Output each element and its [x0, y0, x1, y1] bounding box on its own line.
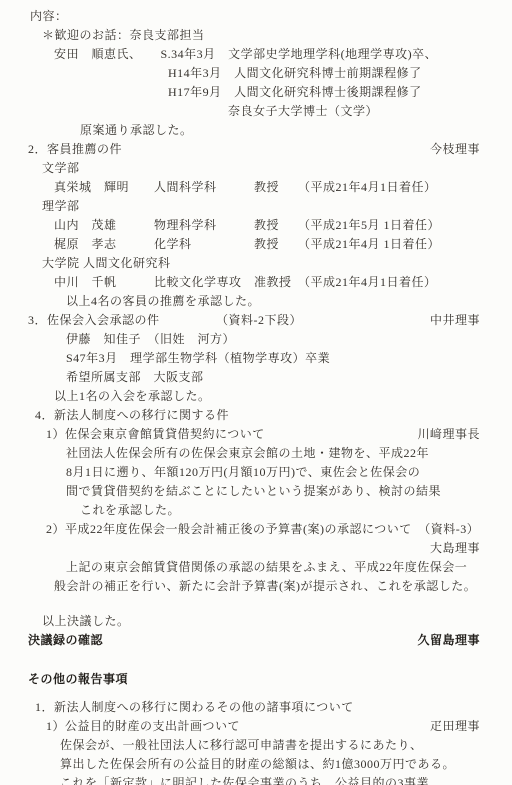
document-line: 8月1日に遡り、年額120万円(月額10万円)で、東佐会と佐保会の — [0, 463, 512, 482]
line-text: 1．新法人制度への移行に関わるその他の諸事項について — [35, 698, 354, 717]
line-text: ＊歓迎のお話：奈良支部担当 — [42, 26, 205, 45]
document-line: 伊藤 知佳子 （旧姓 河方） — [0, 330, 512, 349]
document-line: 算出した佐保会所有の公益目的財産の総額は、約1億3000万円である。 — [0, 755, 512, 774]
line-text: 大学院 人間文化研究科 — [42, 254, 171, 273]
document-lines: 内容： ＊歓迎のお話：奈良支部担当 安田 順恵氏、 S.34年3月 文学部史学地… — [0, 7, 512, 785]
line-text: 以上決議した。 — [42, 612, 130, 631]
line-text: その他の報告事項 — [28, 670, 128, 689]
line-text: 3．佐保会入会承認の件 （資料-2下段） — [28, 311, 302, 330]
document-line: 大島理事 — [0, 539, 512, 558]
document-line: 社団法人佐保会所有の佐保会東京会館の土地・建物を、平成22年 — [0, 444, 512, 463]
line-text: これを承認した。 — [80, 501, 180, 520]
document-line: 2）平成22年度佐保会一般会計補正後の予算書(案)の承認について （資料-3） — [0, 520, 512, 539]
line-text: 山内 茂雄 物理科学科 教授 （平成21年5月 1日着任） — [54, 216, 440, 235]
line-text: 4．新法人制度への移行に関する件 — [35, 406, 229, 425]
document-line: 大学院 人間文化研究科 — [0, 254, 512, 273]
line-text: 決議録の確認 — [28, 631, 103, 650]
document-line: これを「新定款」に明記した佐保会事業のうち、公益目的の3事業 — [0, 774, 512, 785]
line-text: 伊藤 知佳子 （旧姓 河方） — [66, 330, 235, 349]
document-line: 原案通り承認した。 — [0, 121, 512, 140]
attendee-name: 川﨑理事長 — [417, 425, 512, 444]
line-text: 内容： — [30, 7, 68, 26]
line-text: 2）平成22年度佐保会一般会計補正後の予算書(案)の承認について （資料-3） — [46, 520, 479, 539]
document-line: 内容： — [0, 7, 512, 26]
line-text: 原案通り承認した。 — [80, 121, 193, 140]
attendee-name: 今枝理事 — [430, 140, 512, 159]
line-text: 般会計の補正を行い、新たに会計予算書(案)が提示され、これを承認した。 — [54, 577, 476, 596]
line-text: 佐保会が、一般社団法人に移行認可申請書を提出するにあたり、 — [60, 736, 423, 755]
document-line: 以上決議した。 — [0, 612, 512, 631]
document-line: ＊歓迎のお話：奈良支部担当 — [0, 26, 512, 45]
document-line: 1．新法人制度への移行に関わるその他の諸事項について — [0, 698, 512, 717]
document-line: 上記の東京会館賃貸借関係の承認の結果をふまえ、平成22年度佐保会一 — [0, 558, 512, 577]
line-text: 以上1名の入会を承認した。 — [54, 387, 211, 406]
line-text: 社団法人佐保会所有の佐保会東京会館の土地・建物を、平成22年 — [66, 444, 429, 463]
line-text: 上記の東京会館賃貸借関係の承認の結果をふまえ、平成22年度佐保会一 — [66, 558, 467, 577]
line-text: 真栄城 輝明 人間科学科 教授 （平成21年4月1日着任） — [54, 178, 437, 197]
document-line: H17年9月 人間文化研究科博士後期課程修了 — [0, 83, 512, 102]
document-line: 4．新法人制度への移行に関する件 — [0, 406, 512, 425]
document-line: 希望所属支部 大阪支部 — [0, 368, 512, 387]
document-line: 1）公益目的財産の支出計画ついて 疋田理事 — [0, 717, 512, 736]
line-text: S47年3月 理学部生物学科（植物学専攻）卒業 — [66, 349, 330, 368]
document-line: 中川 千帆 比較文化学専攻 准教授 （平成21年4月1日着任） — [0, 273, 512, 292]
document-line: 1）佐保会東京會館賃貸借契約について 川﨑理事長 — [0, 425, 512, 444]
document-line: 3．佐保会入会承認の件 （資料-2下段） 中井理事 — [0, 311, 512, 330]
document-line: 文学部 — [0, 159, 512, 178]
document-page: 内容： ＊歓迎のお話：奈良支部担当 安田 順恵氏、 S.34年3月 文学部史学地… — [0, 0, 512, 785]
line-text: 希望所属支部 大阪支部 — [66, 368, 204, 387]
attendee-name: 久留島理事 — [417, 631, 512, 650]
document-line: 2．客員推薦の件 今枝理事 — [0, 140, 512, 159]
document-line: 間で賃貸借契約を結ぶことにしたいという提案があり、検討の結果 — [0, 482, 512, 501]
line-text: 8月1日に遡り、年額120万円(月額10万円)で、東佐会と佐保会の — [66, 463, 420, 482]
document-line: その他の報告事項 — [0, 670, 512, 689]
attendee-name: 疋田理事 — [430, 717, 512, 736]
line-text: 1）佐保会東京會館賃貸借契約について — [46, 425, 265, 444]
line-text: H17年9月 人間文化研究科博士後期課程修了 — [168, 83, 422, 102]
attendee-name: 中井理事 — [430, 311, 512, 330]
document-line: 般会計の補正を行い、新たに会計予算書(案)が提示され、これを承認した。 — [0, 577, 512, 596]
document-line: これを承認した。 — [0, 501, 512, 520]
line-text: 算出した佐保会所有の公益目的財産の総額は、約1億3000万円である。 — [60, 755, 455, 774]
document-line: 理学部 — [0, 197, 512, 216]
attendee-name: 大島理事 — [430, 539, 512, 558]
document-line: 山内 茂雄 物理科学科 教授 （平成21年5月 1日着任） — [0, 216, 512, 235]
document-line: 以上1名の入会を承認した。 — [0, 387, 512, 406]
line-text: これを「新定款」に明記した佐保会事業のうち、公益目的の3事業 — [60, 774, 429, 785]
line-text: 梶原 孝志 化学科 教授 （平成21年4月 1日着任） — [54, 235, 440, 254]
line-text: 理学部 — [42, 197, 80, 216]
line-text: 奈良女子大学博士（文学） — [228, 102, 378, 121]
line-text: 安田 順恵氏、 S.34年3月 文学部史学地理学科(地理学専攻)卒、 — [54, 45, 437, 64]
line-text: 中川 千帆 比較文化学専攻 准教授 （平成21年4月1日着任） — [54, 273, 437, 292]
line-text: 2．客員推薦の件 — [28, 140, 122, 159]
line-text: 間で賃貸借契約を結ぶことにしたいという提案があり、検討の結果 — [66, 482, 441, 501]
line-text: 以上4名の客員の推薦を承認した。 — [66, 292, 260, 311]
document-line: 決議録の確認 久留島理事 — [0, 631, 512, 650]
document-line: 佐保会が、一般社団法人に移行認可申請書を提出するにあたり、 — [0, 736, 512, 755]
line-text: 1）公益目的財産の支出計画ついて — [46, 717, 240, 736]
document-line: S47年3月 理学部生物学科（植物学専攻）卒業 — [0, 349, 512, 368]
document-line: 奈良女子大学博士（文学） — [0, 102, 512, 121]
document-line: 梶原 孝志 化学科 教授 （平成21年4月 1日着任） — [0, 235, 512, 254]
document-line: 安田 順恵氏、 S.34年3月 文学部史学地理学科(地理学専攻)卒、 — [0, 45, 512, 64]
document-line: H14年3月 人間文化研究科博士前期課程修了 — [0, 64, 512, 83]
document-line: 以上4名の客員の推薦を承認した。 — [0, 292, 512, 311]
line-text: H14年3月 人間文化研究科博士前期課程修了 — [168, 64, 422, 83]
line-text: 文学部 — [42, 159, 80, 178]
document-line: 真栄城 輝明 人間科学科 教授 （平成21年4月1日着任） — [0, 178, 512, 197]
